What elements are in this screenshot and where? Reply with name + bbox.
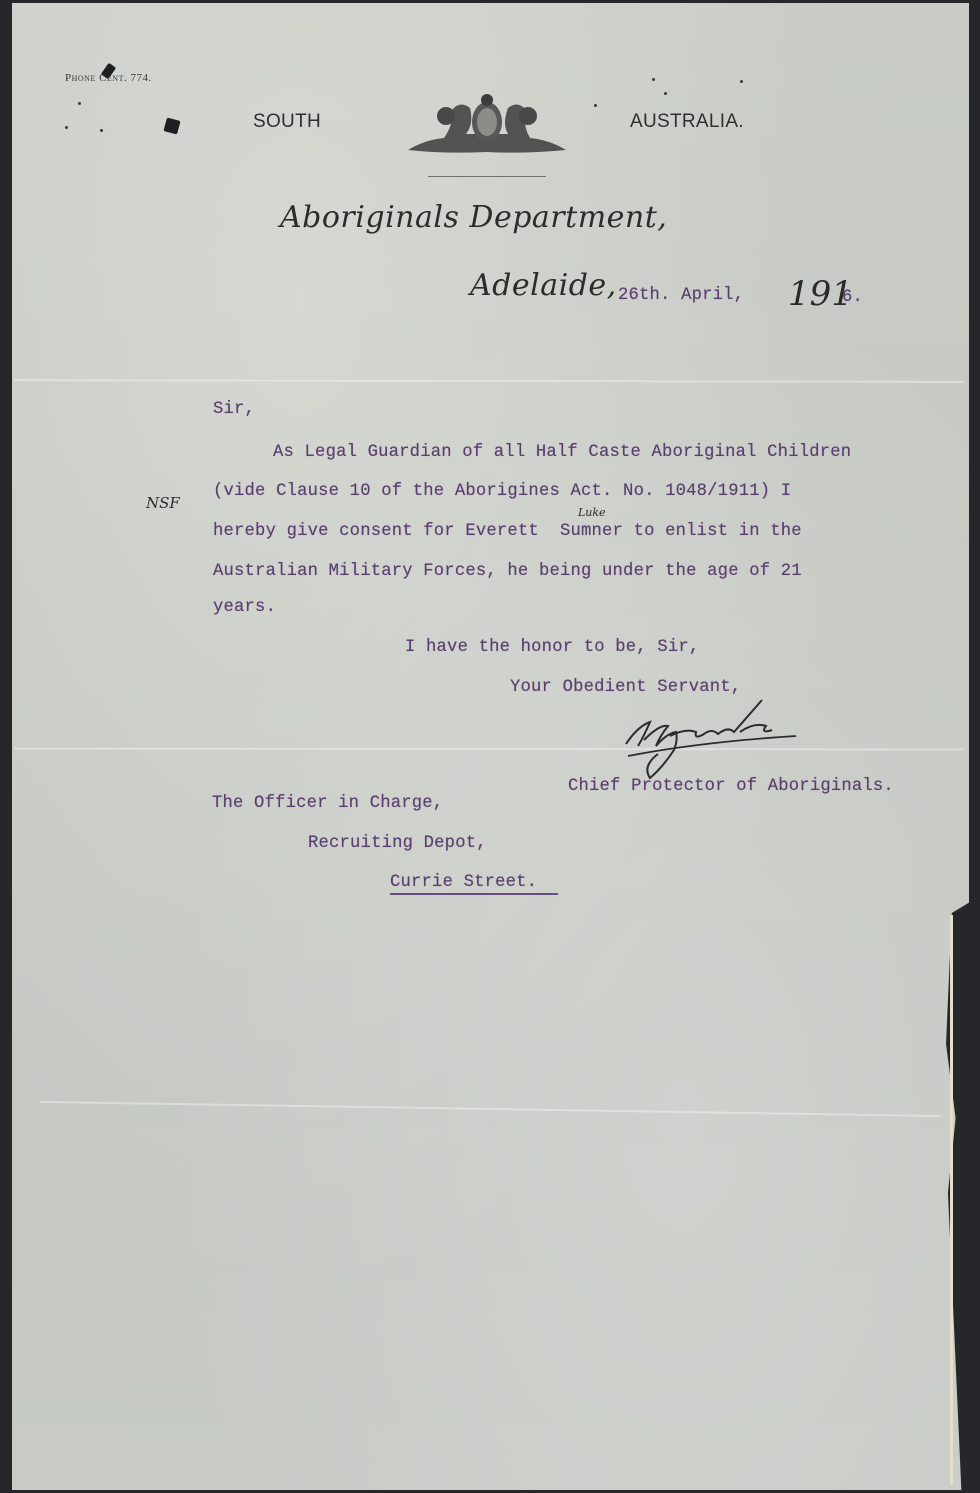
addressee-line-1: The Officer in Charge, [212, 794, 443, 813]
insertion-note: Luke [578, 506, 606, 519]
salutation: Sir, [213, 400, 255, 419]
coat-of-arms-icon [404, 94, 570, 156]
phone-number: Phone Cent. 774. [65, 72, 152, 84]
letterhead-divider [428, 176, 546, 177]
ink-speck [740, 80, 743, 83]
margin-note: NSF [146, 494, 180, 512]
letterhead-australia: AUSTRALIA. [630, 111, 744, 133]
closing-line-1: I have the honor to be, Sir, [405, 638, 699, 657]
date-typed: 26th. April, [618, 286, 744, 305]
address-underline [390, 893, 558, 895]
closing-line-2: Your Obedient Servant, [510, 678, 741, 697]
addressee-line-2: Recruiting Depot, [308, 834, 487, 853]
department-name: Aboriginals Department, [280, 200, 667, 235]
body-line-3: hereby give consent for Everett Sumner t… [213, 522, 802, 541]
ink-speck [664, 92, 667, 95]
addressee-line-3: Currie Street. [390, 873, 537, 892]
ink-speck [100, 129, 103, 132]
ink-speck [594, 104, 597, 107]
signature-icon [620, 696, 810, 780]
year-typed-digit: 6. [842, 288, 863, 307]
body-line-1: As Legal Guardian of all Half Caste Abor… [273, 443, 851, 462]
ink-speck [78, 102, 81, 105]
body-line-2: (vide Clause 10 of the Aborigines Act. N… [213, 482, 791, 501]
letterhead-south: SOUTH [253, 111, 321, 133]
ink-speck [65, 126, 68, 129]
torn-edge [950, 915, 953, 1485]
body-line-4: Australian Military Forces, he being und… [213, 562, 802, 581]
city-name: Adelaide, [470, 268, 617, 303]
signatory-title: Chief Protector of Aboriginals. [568, 777, 894, 796]
body-line-5: years. [213, 598, 276, 617]
ink-speck [652, 78, 655, 81]
